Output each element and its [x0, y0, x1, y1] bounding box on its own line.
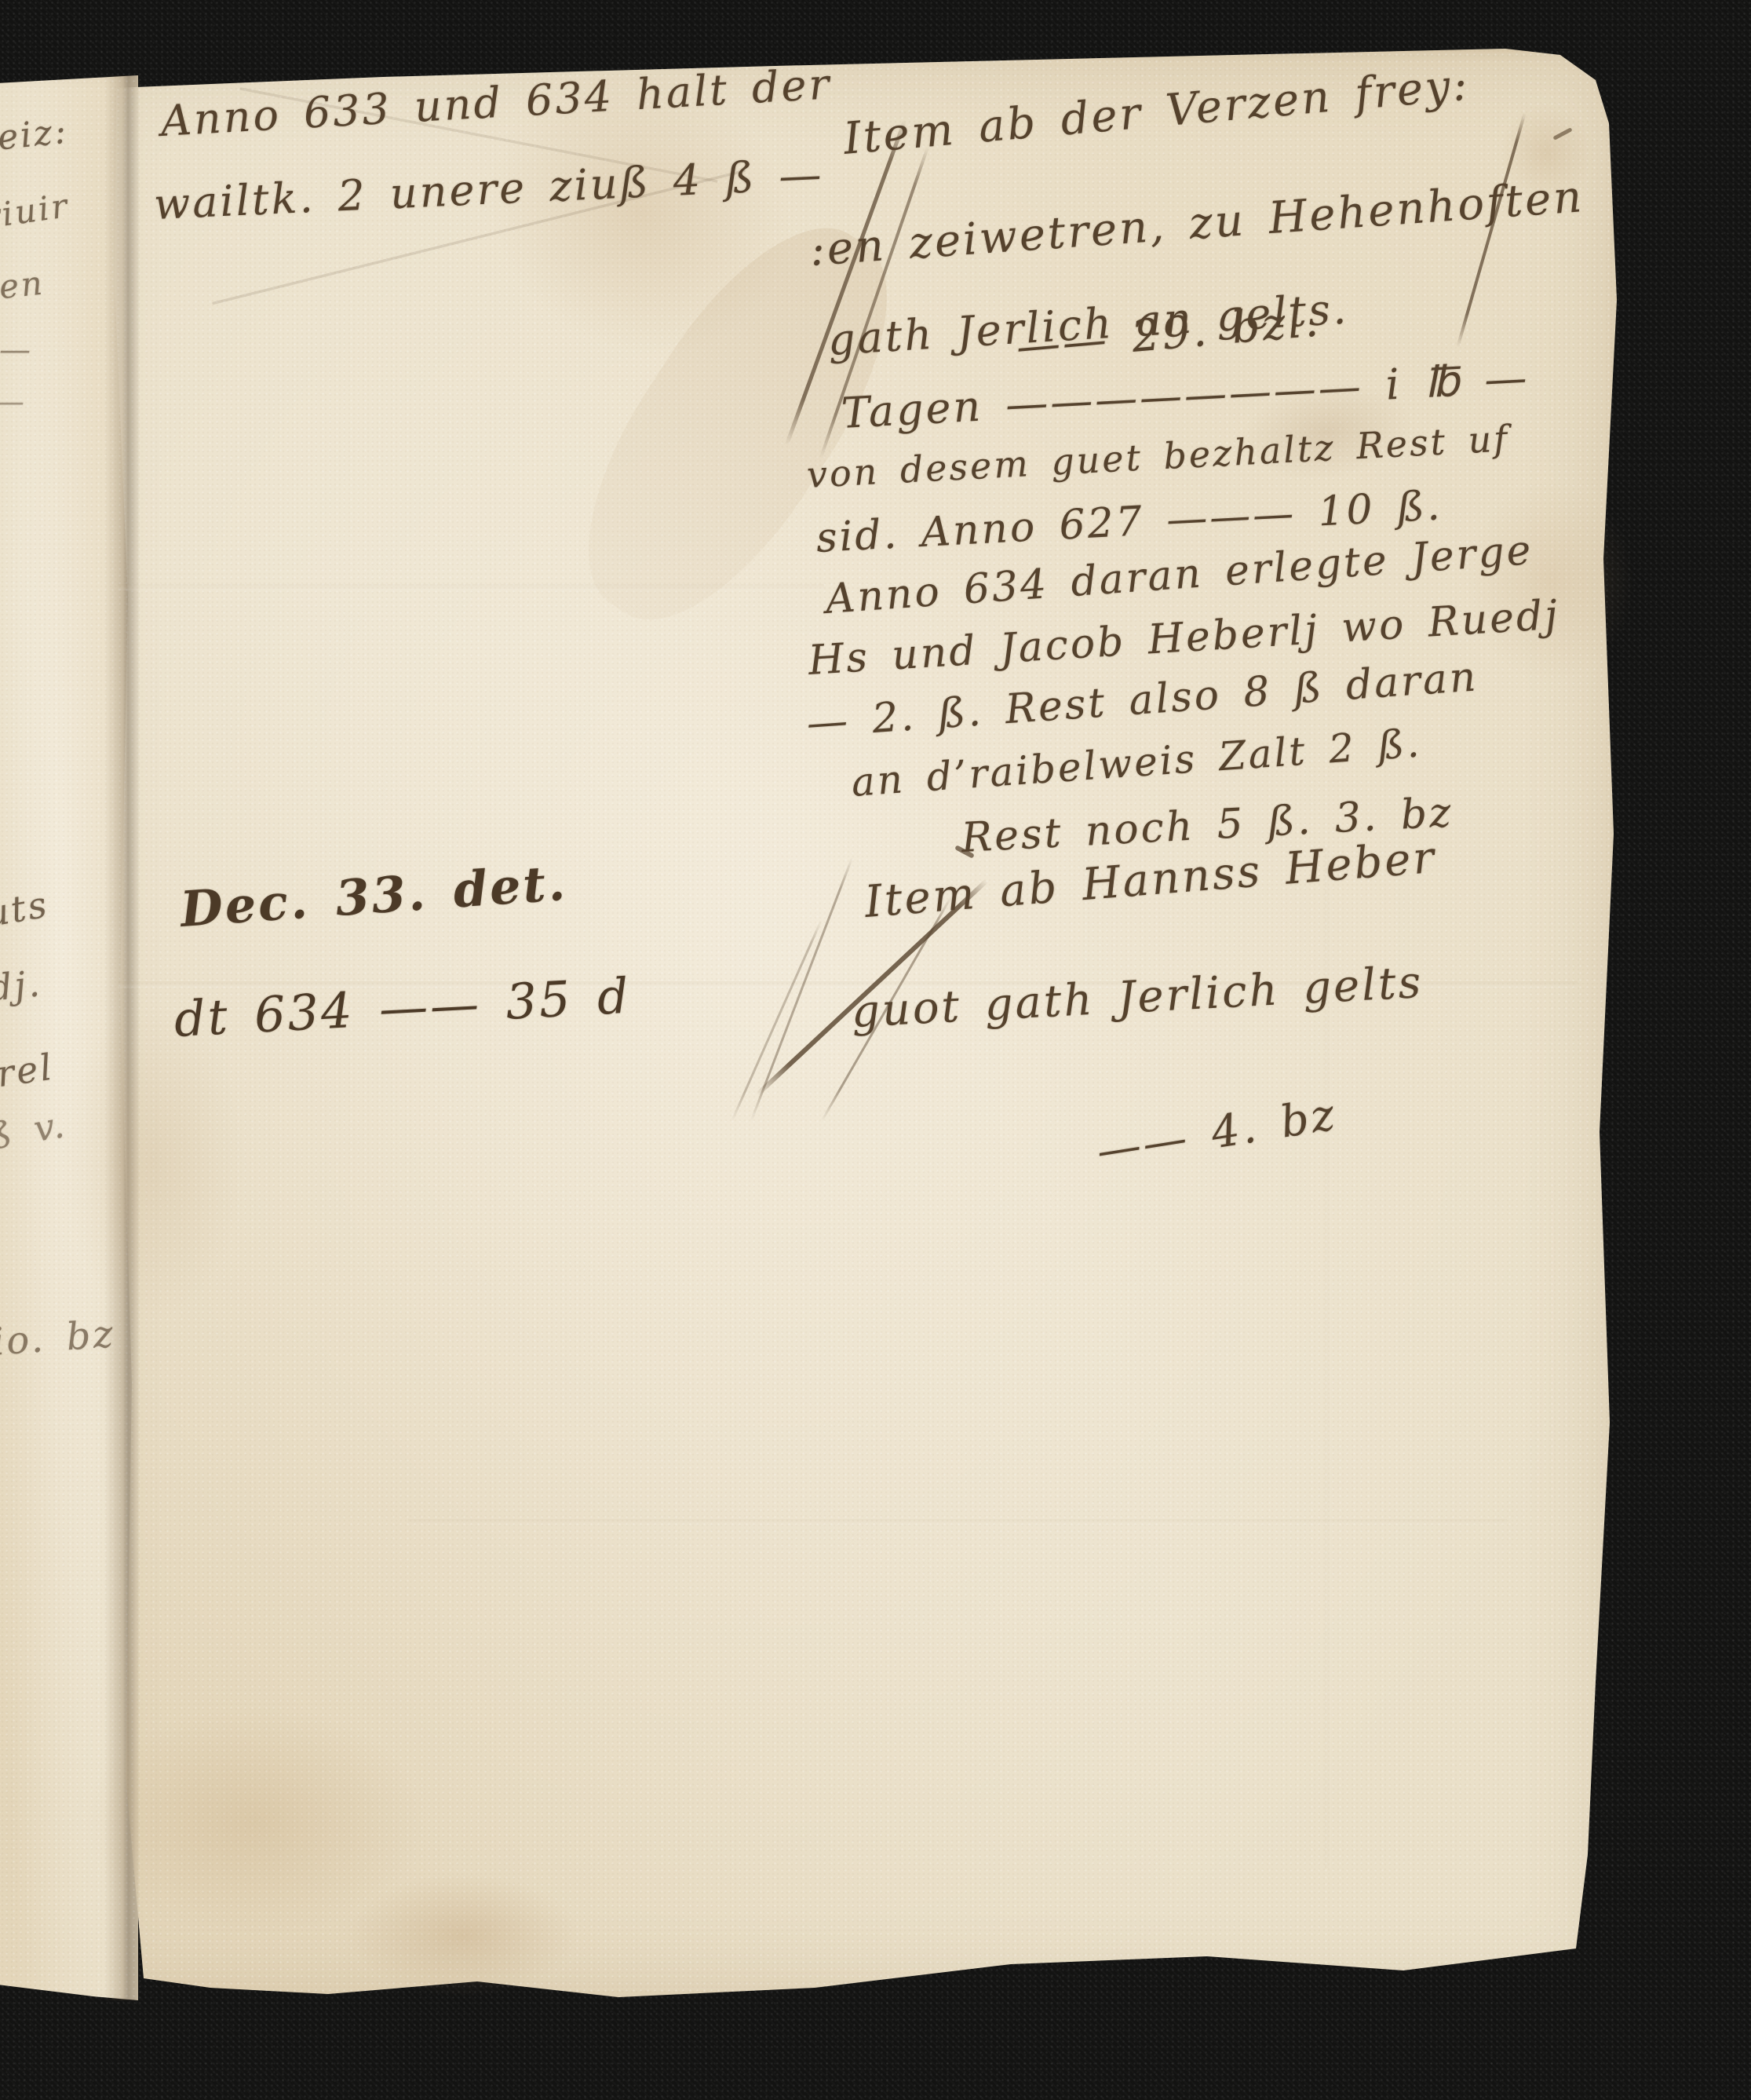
adjacent-page-edge: heiz: riuir zen —— —— uts dj. brel ß v. …	[0, 75, 138, 2000]
fragment-line: dj.	[0, 965, 43, 1006]
fragment-line: ß v.	[0, 1106, 69, 1156]
fragment-line: uts	[0, 886, 51, 932]
fragment-line: zen	[0, 266, 46, 305]
fragment-line: ——	[0, 386, 27, 418]
photograph-on-cloth: { "document": { "description": "Scanned …	[0, 0, 1751, 2100]
fragment-line: heiz:	[0, 114, 70, 158]
fragment-line: ——	[0, 334, 33, 366]
fragment-line: brel	[0, 1049, 57, 1096]
fragment-line: riuir	[0, 189, 71, 234]
fragment-line: io. bz	[0, 1315, 116, 1361]
